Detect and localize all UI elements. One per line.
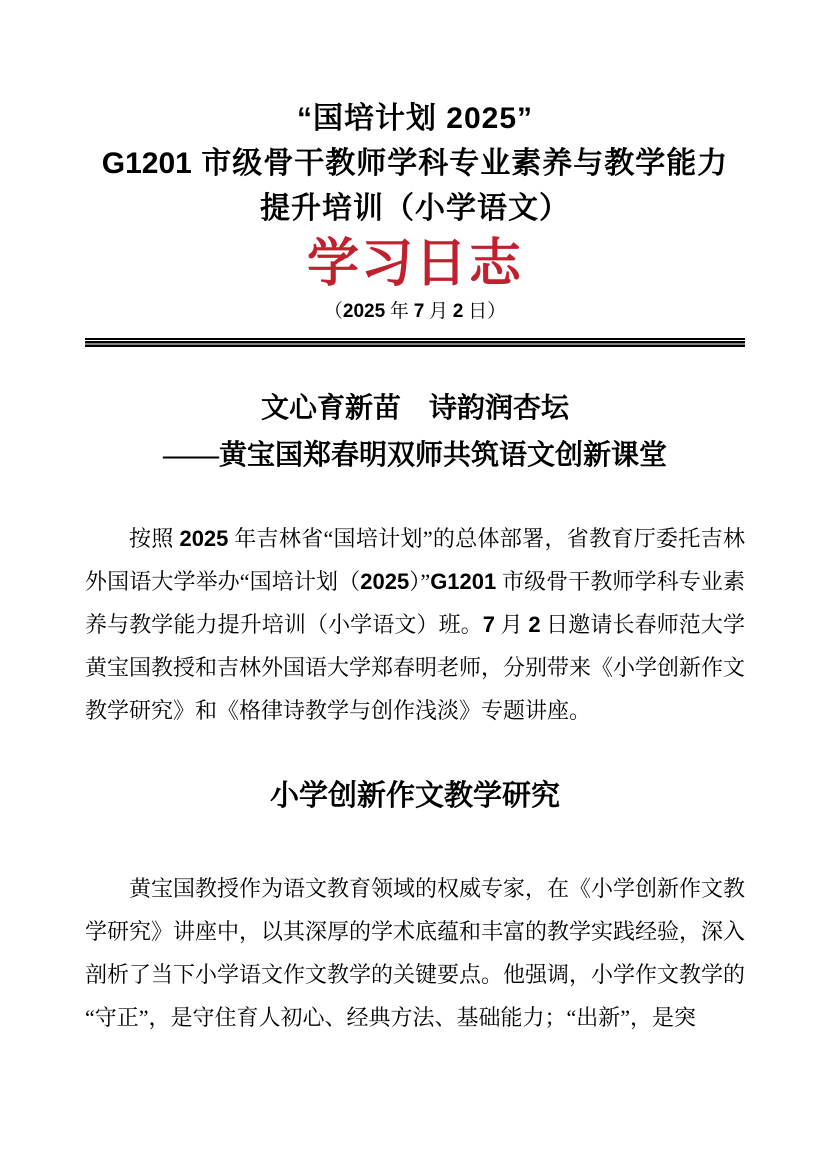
program-title-line-1: “国培计划 2025” [85,96,745,141]
journal-date: （2025 年 7 月 2 日） [85,295,745,329]
intro-paragraph: 按照 2025 年吉林省“国培计划”的总体部署，省教育厅委托吉林外国语大学举办“… [85,517,745,732]
article-heading-line-1: 文心育新苗 诗韵润杏坛 [85,385,745,432]
document-page: “国培计划 2025” G1201 市级骨干教师学科专业素养与教学能力 提升培训… [0,0,827,1170]
page-content: “国培计划 2025” G1201 市级骨干教师学科专业素养与教学能力 提升培训… [0,0,827,1039]
article-heading-line-2: ——黄宝国郑春明双师共筑语文创新课堂 [85,432,745,479]
cover-title-block: “国培计划 2025” G1201 市级骨干教师学科专业素养与教学能力 提升培训… [85,96,745,231]
header-divider-rule [85,338,745,347]
program-title-line-3: 提升培训（小学语文） [85,186,745,231]
program-title-line-2: G1201 市级骨干教师学科专业素养与教学能力 [85,141,745,186]
article-heading: 文心育新苗 诗韵润杏坛 ——黄宝国郑春明双师共筑语文创新课堂 [85,385,745,479]
lecture-paragraph: 黄宝国教授作为语文教育领域的权威专家，在《小学创新作文教学研究》讲座中，以其深厚… [85,867,745,1039]
journal-title: 学习日志 [85,233,745,295]
section-heading: 小学创新作文教学研究 [85,773,745,820]
